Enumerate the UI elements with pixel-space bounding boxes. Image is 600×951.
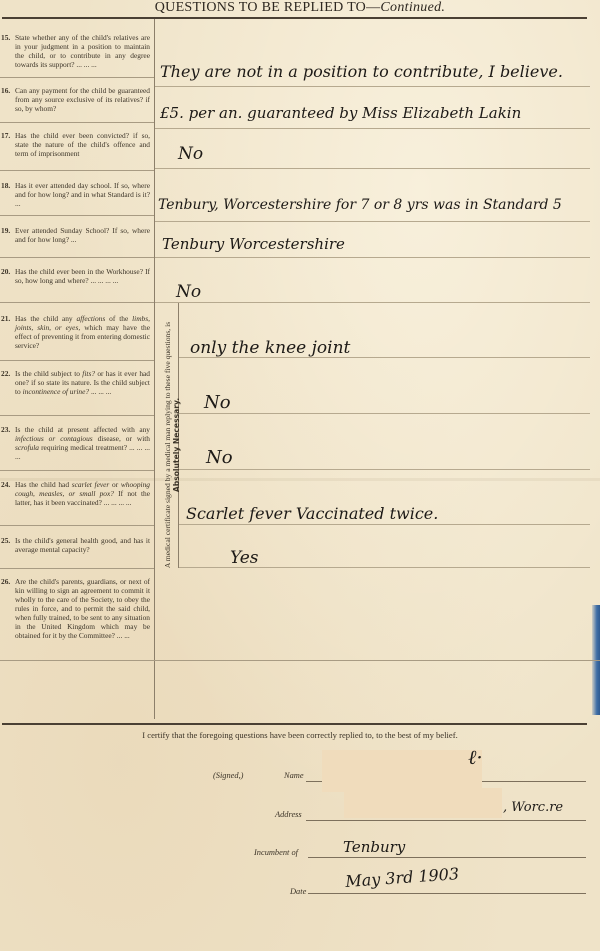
address-label: Address <box>275 810 302 819</box>
title-continued: Continued. <box>380 0 445 15</box>
question-17: 17. Has the child ever been convicted? i… <box>0 131 150 158</box>
date-line <box>308 893 586 894</box>
name-signature: ℓ· <box>468 745 483 770</box>
row-divider <box>0 215 154 216</box>
answer-16: £5. per an. guaranteed by Miss Elizabeth… <box>160 104 521 122</box>
answer-line <box>179 524 590 525</box>
answer-17: No <box>178 144 203 164</box>
question-column-divider <box>154 19 155 719</box>
date-label: Date <box>290 887 306 896</box>
answer-25: Yes <box>230 548 259 568</box>
page-title: QUESTIONS TO BE REPLIED TO—Continued. <box>0 0 600 18</box>
row-divider <box>0 415 154 416</box>
answer-line <box>155 86 590 87</box>
answer-22: No <box>204 392 231 413</box>
answer-line <box>155 168 590 169</box>
name-redaction <box>322 750 482 792</box>
medical-certificate-note: A medical certificate signed by a medica… <box>163 300 181 590</box>
address-value: , Worc.re <box>503 800 563 815</box>
name-label: Name <box>284 771 304 780</box>
incumbent-line <box>308 857 586 858</box>
answer-20: No <box>176 282 201 302</box>
row-divider <box>0 77 154 78</box>
row-divider <box>0 122 154 123</box>
question-15: 15. State whether any of the child's rel… <box>0 33 150 69</box>
certification-statement: I certify that the foregoing questions h… <box>0 730 600 740</box>
question-21: 21. Has the child any affections of the … <box>0 314 150 350</box>
question-16: 16. Can any payment for the child be gua… <box>0 86 150 113</box>
address-line <box>306 820 586 821</box>
answer-line <box>155 257 590 258</box>
answer-line <box>155 221 590 222</box>
answer-line <box>155 128 590 129</box>
question-19: 19. Ever attended Sunday School? If so, … <box>0 226 150 244</box>
answer-24: Scarlet fever Vaccinated twice. <box>186 504 438 523</box>
date-value: May 3rd 1903 <box>345 864 460 891</box>
answer-line <box>179 469 590 470</box>
question-25: 25. Is the child's general health good, … <box>0 536 150 554</box>
question-18: 18. Has it ever attended day school. If … <box>0 181 150 208</box>
answer-21: only the knee joint <box>190 338 350 358</box>
question-20: 20. Has the child ever been in the Workh… <box>0 267 150 285</box>
address-redaction <box>344 788 502 818</box>
answer-line <box>179 413 590 414</box>
row-divider <box>0 470 154 471</box>
answer-19: Tenbury Worcestershire <box>162 235 345 253</box>
top-rule <box>2 17 587 19</box>
row-divider <box>0 660 600 661</box>
row-divider <box>0 170 154 171</box>
title-text: QUESTIONS TO BE REPLIED TO— <box>155 0 381 15</box>
row-divider <box>0 257 154 258</box>
signed-label: (Signed,) <box>213 771 243 780</box>
incumbent-value: Tenbury <box>343 838 405 856</box>
row-divider <box>0 360 154 361</box>
answer-18: Tenbury, Worcestershire for 7 or 8 yrs w… <box>158 197 562 213</box>
incumbent-label: Incumbent of <box>254 848 298 857</box>
question-23: 23. Is the child at present affected wit… <box>0 425 150 461</box>
question-22: 22. Is the child subject to fits? or has… <box>0 369 150 396</box>
answer-15: They are not in a position to contribute… <box>160 62 563 81</box>
row-divider <box>0 568 154 569</box>
answer-line <box>155 302 590 303</box>
answer-23: No <box>206 447 233 468</box>
question-26: 26. Are the child's parents, guardians, … <box>0 577 150 640</box>
row-divider <box>0 525 154 526</box>
bottom-rule <box>2 723 587 725</box>
question-24: 24. Has the child had scarlet fever or w… <box>0 480 150 507</box>
row-divider <box>0 302 154 303</box>
